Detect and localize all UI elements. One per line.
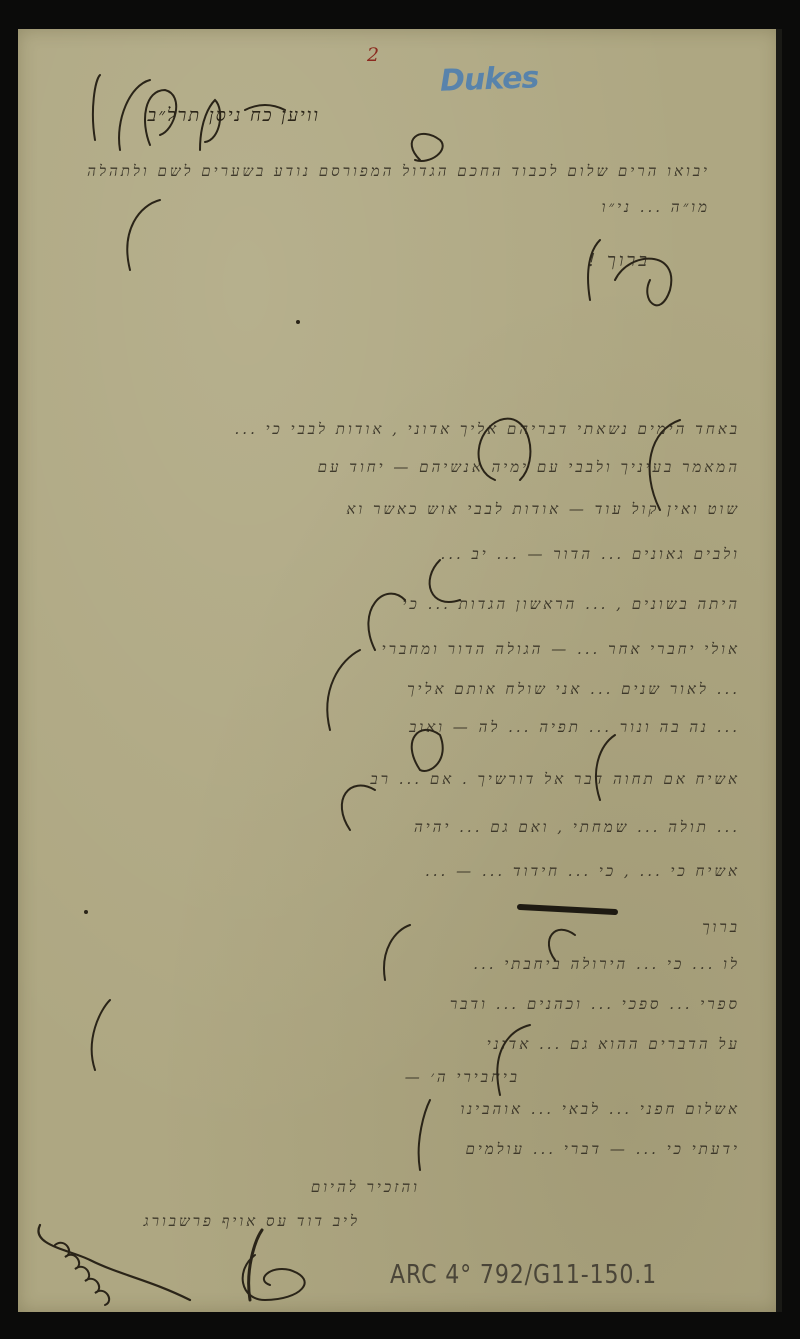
signature-line: ליב דוד עס אויף פרשבורג [144, 1212, 360, 1231]
paper-edge [776, 29, 782, 1312]
body-line: ... נה בה ונור ... תפיה ... לה — ואוב [409, 718, 740, 737]
body-line: ברוך [702, 918, 740, 937]
body-line: אשיח כי ... , כי ... חידוד ... — ... [425, 862, 740, 881]
call-number: ARC 4° 792/G11-150.1 [390, 1260, 657, 1290]
body-line: ... לאור שנים ... אני שולח אותם אליך [407, 680, 740, 699]
date-line: וויען כח ניסן תרל״ב [148, 105, 320, 126]
body-line: ביחבירי ה׳ — [405, 1068, 520, 1087]
body-line: אשלום חפני ... לבאי ... אוהבינו [460, 1100, 740, 1119]
body-line: ... תולה ... שמחתי , ואם גם ... יהיה [414, 818, 740, 837]
greeting-line-3: ברוך ! [588, 250, 650, 271]
body-line: היתה בשונים , ... הראשון הגדות ... כי [403, 595, 740, 614]
letter-paper [18, 29, 779, 1312]
body-line: ולבים גאונים ... הדור — ... יב ... [440, 545, 740, 564]
body-line: שוט ואין קול עוד — אודות לבבי אוש כאשר ו… [346, 500, 740, 519]
closing-line: והזכיר להיום [311, 1178, 420, 1197]
folio-number: 2 [367, 44, 379, 66]
body-line: אשיח אם תחוה דבר אל דורשיך . אם ... רב [370, 770, 740, 789]
body-line: ספרי ... ספכי ... וכהנים ... ודבר [450, 995, 740, 1014]
collection-note: Dukes [439, 60, 539, 98]
body-line: באחד הימים נשאתי דבריהם אליך אדוני , אוד… [235, 420, 740, 439]
body-line: על הדברים ההוא גם ... אדוני [487, 1035, 740, 1054]
body-line: לו ... כי ... הירולה ביחבתי ... [473, 955, 740, 974]
body-line: המאמר בעיניך ולבבי עם ימיה אנשיהם — יחוד… [318, 458, 740, 477]
greeting-line-2: מו״ה ... ני״ו [602, 198, 710, 217]
body-line: ידעתי כי ... — דברי ... עולמים [465, 1140, 740, 1159]
body-line: אולי יחברי אחר ... — הגולה הדור ומחברי [382, 640, 740, 659]
greeting-line-1: יבואו הרים שלום לכבוד החכם הגדול המפורסם… [87, 162, 710, 181]
document-scan: 2 Dukes [0, 0, 800, 1339]
